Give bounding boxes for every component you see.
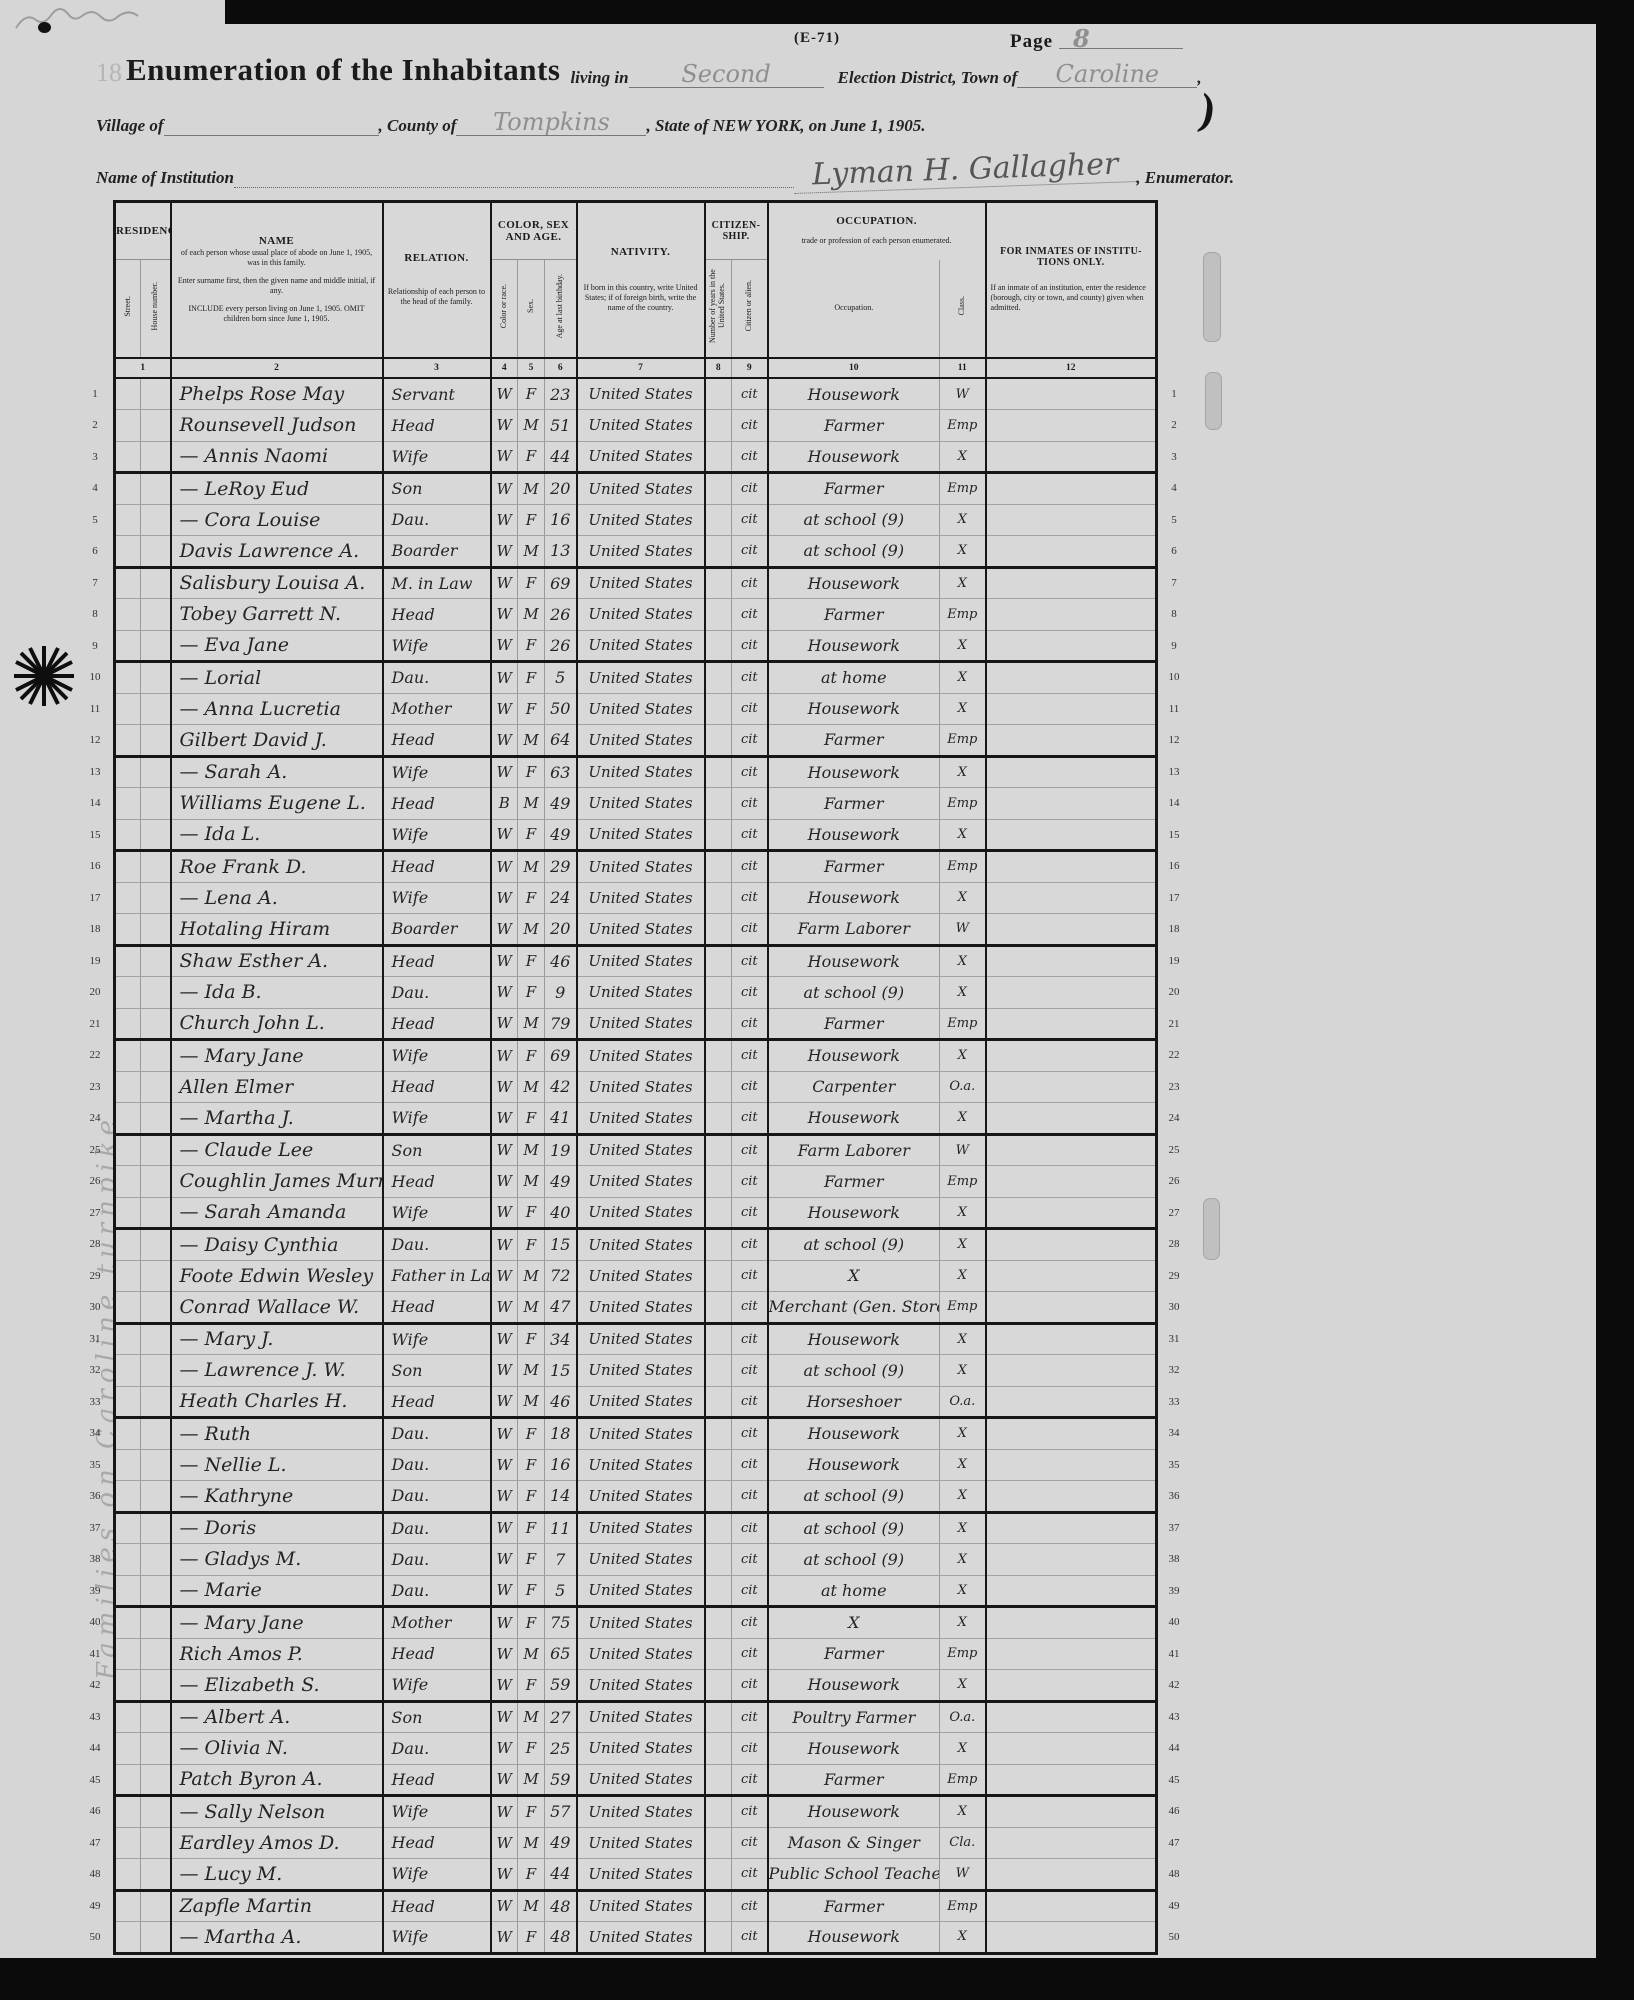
cell-years-us [705, 599, 732, 631]
cell-occupation: Housework [768, 441, 940, 473]
row-number: 40 [1160, 1607, 1188, 1639]
cell-class: Emp [940, 1764, 986, 1796]
page-title: Enumeration of the Inhabitants [126, 52, 560, 88]
cell-name: Rich Amos P. [171, 1638, 383, 1670]
cell-nativity: United States [577, 945, 705, 977]
cell-street [115, 819, 141, 851]
cell-years-us [705, 1701, 732, 1733]
cell-house-number [141, 1449, 171, 1481]
cell-years-us [705, 1355, 732, 1387]
cell-class: Cla. [940, 1827, 986, 1859]
table-row: — Mary Jane Wife W F 69 United States ci… [115, 1040, 1157, 1072]
cell-years-us [705, 882, 732, 914]
cell-citizen: cit [732, 1796, 768, 1828]
cell-house-number [141, 662, 171, 694]
row-number: 18 [1160, 914, 1188, 946]
cell-color: B [491, 788, 518, 820]
row-number: 24 [1160, 1103, 1188, 1135]
cell-nativity: United States [577, 378, 705, 410]
cell-nativity: United States [577, 599, 705, 631]
cell-sex: M [518, 536, 545, 568]
row-number: 28 [1160, 1229, 1188, 1261]
cell-relation: Wife [383, 1796, 491, 1828]
cell-occupation: at home [768, 1575, 940, 1607]
cell-relation: Wife [383, 441, 491, 473]
row-number: 24 [82, 1103, 108, 1135]
table-row: — Sarah Amanda Wife W F 40 United States… [115, 1197, 1157, 1229]
cell-house-number [141, 1197, 171, 1229]
cell-name: Allen Elmer [171, 1071, 383, 1103]
cell-color: W [491, 756, 518, 788]
cell-relation: Head [383, 1638, 491, 1670]
cell-house-number [141, 1796, 171, 1828]
cell-street [115, 1449, 141, 1481]
cell-age: 9 [545, 977, 577, 1009]
cell-nativity: United States [577, 788, 705, 820]
cell-age: 25 [545, 1733, 577, 1765]
cell-citizen: cit [732, 1764, 768, 1796]
cell-inmates [986, 1418, 1157, 1450]
cell-nativity: United States [577, 1764, 705, 1796]
cell-class: Emp [940, 473, 986, 505]
cell-nativity: United States [577, 1512, 705, 1544]
cell-inmates [986, 441, 1157, 473]
row-number: 6 [1160, 536, 1188, 568]
cell-house-number [141, 819, 171, 851]
starburst-icon [12, 644, 76, 708]
cell-sex: M [518, 1386, 545, 1418]
table-row: Foote Edwin Wesley Father in Law W M 72 … [115, 1260, 1157, 1292]
table-row: — Ruth Dau. W F 18 United States cit Hou… [115, 1418, 1157, 1450]
row-number: 13 [82, 756, 108, 788]
table-row: Shaw Esther A. Head W F 46 United States… [115, 945, 1157, 977]
cell-inmates [986, 882, 1157, 914]
cell-years-us [705, 851, 732, 883]
cell-house-number [141, 1607, 171, 1639]
cell-street [115, 599, 141, 631]
cell-citizen: cit [732, 536, 768, 568]
cell-nativity: United States [577, 1859, 705, 1891]
row-number: 46 [1160, 1796, 1188, 1828]
cell-name: Eardley Amos D. [171, 1827, 383, 1859]
cell-street [115, 1764, 141, 1796]
cell-years-us [705, 756, 732, 788]
cell-nativity: United States [577, 536, 705, 568]
header-residence: RESIDENCE. [115, 202, 171, 260]
cell-house-number [141, 441, 171, 473]
cell-sex: F [518, 819, 545, 851]
cell-inmates [986, 1008, 1157, 1040]
cell-sex: M [518, 1638, 545, 1670]
cell-relation: Head [383, 1827, 491, 1859]
cell-color: W [491, 630, 518, 662]
cell-relation: Head [383, 1764, 491, 1796]
cell-years-us [705, 1764, 732, 1796]
cell-relation: Wife [383, 1197, 491, 1229]
cell-color: W [491, 567, 518, 599]
row-number: 31 [1160, 1323, 1188, 1355]
row-number: 25 [82, 1134, 108, 1166]
cell-name: Patch Byron A. [171, 1764, 383, 1796]
cell-occupation: Carpenter [768, 1071, 940, 1103]
row-number: 48 [82, 1859, 108, 1891]
cell-class: X [940, 1103, 986, 1135]
cell-house-number [141, 536, 171, 568]
cell-class: W [940, 914, 986, 946]
cell-years-us [705, 1922, 732, 1954]
cell-occupation: Farmer [768, 599, 940, 631]
table-row: — Ida B. Dau. W F 9 United States cit at… [115, 977, 1157, 1009]
row-number: 13 [1160, 756, 1188, 788]
cell-street [115, 1733, 141, 1765]
cell-age: 11 [545, 1512, 577, 1544]
cell-years-us [705, 1260, 732, 1292]
cell-sex: F [518, 977, 545, 1009]
cell-name: — Marie [171, 1575, 383, 1607]
row-number: 5 [1160, 504, 1188, 536]
cell-name: — Doris [171, 1512, 383, 1544]
cell-citizen: cit [732, 882, 768, 914]
cell-occupation: Housework [768, 1449, 940, 1481]
cell-relation: Wife [383, 630, 491, 662]
cell-sex: M [518, 788, 545, 820]
cell-street [115, 725, 141, 757]
cell-inmates [986, 725, 1157, 757]
cell-occupation: at school (9) [768, 1512, 940, 1544]
cell-class: X [940, 882, 986, 914]
cell-name: Coughlin James Murray [171, 1166, 383, 1198]
cell-inmates [986, 378, 1157, 410]
cell-nativity: United States [577, 693, 705, 725]
cell-occupation: X [768, 1607, 940, 1639]
institution-value [234, 187, 794, 188]
cell-inmates [986, 977, 1157, 1009]
cell-color: W [491, 1103, 518, 1135]
cell-class: X [940, 1733, 986, 1765]
cell-class: Emp [940, 1638, 986, 1670]
table-row: Salisbury Louisa A. M. in Law W F 69 Uni… [115, 567, 1157, 599]
institution-label: Name of Institution [96, 168, 234, 188]
cell-nativity: United States [577, 410, 705, 442]
cell-street [115, 441, 141, 473]
cell-house-number [141, 1323, 171, 1355]
cell-occupation: Housework [768, 1796, 940, 1828]
row-number: 47 [1160, 1827, 1188, 1859]
cell-color: W [491, 1197, 518, 1229]
row-number: 9 [1160, 630, 1188, 662]
cell-occupation: at school (9) [768, 536, 940, 568]
row-number: 4 [1160, 473, 1188, 505]
cell-name: Hotaling Hiram [171, 914, 383, 946]
cell-years-us [705, 788, 732, 820]
cell-class: W [940, 1859, 986, 1891]
cell-years-us [705, 1733, 732, 1765]
cell-color: W [491, 1355, 518, 1387]
census-page: ) (E-71) Page8 18 Enumeration of the Inh… [0, 0, 1634, 2000]
cell-color: W [491, 1449, 518, 1481]
header-class: Class. [940, 260, 986, 359]
cell-years-us [705, 1859, 732, 1891]
cell-citizen: cit [732, 1670, 768, 1702]
cell-nativity: United States [577, 1166, 705, 1198]
cell-street [115, 1827, 141, 1859]
cell-class: X [940, 1040, 986, 1072]
cell-occupation: Farmer [768, 410, 940, 442]
cell-citizen: cit [732, 1134, 768, 1166]
cell-sex: F [518, 1040, 545, 1072]
cell-age: 46 [545, 945, 577, 977]
census-table: RESIDENCE. NAME of each person whose usu… [113, 200, 1158, 1955]
cell-name: Church John L. [171, 1008, 383, 1040]
cell-years-us [705, 1796, 732, 1828]
cell-age: 49 [545, 1166, 577, 1198]
cell-name: Foote Edwin Wesley [171, 1260, 383, 1292]
cell-citizen: cit [732, 1512, 768, 1544]
cell-house-number [141, 1040, 171, 1072]
cell-occupation: Mason & Singer [768, 1827, 940, 1859]
cell-color: W [491, 599, 518, 631]
cell-citizen: cit [732, 1229, 768, 1261]
cell-occupation: at school (9) [768, 977, 940, 1009]
cell-color: W [491, 1890, 518, 1922]
cell-name: — Olivia N. [171, 1733, 383, 1765]
cell-inmates [986, 630, 1157, 662]
cell-inmates [986, 1733, 1157, 1765]
cell-sex: M [518, 1008, 545, 1040]
cell-color: W [491, 1670, 518, 1702]
cell-relation: Dau. [383, 1544, 491, 1576]
cell-sex: F [518, 1418, 545, 1450]
cell-occupation: Housework [768, 1670, 940, 1702]
cell-citizen: cit [732, 1166, 768, 1198]
cell-class: X [940, 1670, 986, 1702]
row-number: 37 [1160, 1512, 1188, 1544]
cell-class: X [940, 1544, 986, 1576]
cell-house-number [141, 1701, 171, 1733]
row-number: 23 [1160, 1071, 1188, 1103]
table-row: — Doris Dau. W F 11 United States cit at… [115, 1512, 1157, 1544]
cell-sex: F [518, 1197, 545, 1229]
row-number: 27 [1160, 1197, 1188, 1229]
cell-house-number [141, 1134, 171, 1166]
cell-name: Williams Eugene L. [171, 788, 383, 820]
cell-inmates [986, 536, 1157, 568]
cell-inmates [986, 473, 1157, 505]
cell-sex: F [518, 630, 545, 662]
table-row: — Lawrence J. W. Son W M 15 United State… [115, 1355, 1157, 1387]
cell-relation: Wife [383, 1040, 491, 1072]
cell-street [115, 1796, 141, 1828]
cell-nativity: United States [577, 1890, 705, 1922]
cell-citizen: cit [732, 1418, 768, 1450]
cell-name: Heath Charles H. [171, 1386, 383, 1418]
cell-street [115, 756, 141, 788]
cell-sex: F [518, 1859, 545, 1891]
cell-class: X [940, 1796, 986, 1828]
table-row: Tobey Garrett N. Head W M 26 United Stat… [115, 599, 1157, 631]
cell-inmates [986, 1575, 1157, 1607]
cell-inmates [986, 1827, 1157, 1859]
cell-age: 26 [545, 599, 577, 631]
cell-street [115, 1670, 141, 1702]
cell-relation: Head [383, 599, 491, 631]
cell-occupation: Farmer [768, 1166, 940, 1198]
cell-name: Tobey Garrett N. [171, 599, 383, 631]
page-number-line: Page8 [1010, 30, 1183, 53]
cell-age: 20 [545, 473, 577, 505]
cell-citizen: cit [732, 945, 768, 977]
cell-street [115, 1890, 141, 1922]
cell-nativity: United States [577, 1638, 705, 1670]
cell-name: — Mary Jane [171, 1040, 383, 1072]
cell-street [115, 882, 141, 914]
cell-age: 26 [545, 630, 577, 662]
cell-citizen: cit [732, 1449, 768, 1481]
cell-years-us [705, 662, 732, 694]
row-number: 45 [1160, 1764, 1188, 1796]
cell-relation: Son [383, 1134, 491, 1166]
cell-years-us [705, 473, 732, 505]
cell-occupation: Farmer [768, 725, 940, 757]
header-occupation-sub: Occupation. [768, 260, 940, 359]
cell-sex: F [518, 1796, 545, 1828]
cell-age: 5 [545, 662, 577, 694]
cell-street [115, 536, 141, 568]
table-row: — Cora Louise Dau. W F 16 United States … [115, 504, 1157, 536]
cell-relation: Servant [383, 378, 491, 410]
row-number: 27 [82, 1197, 108, 1229]
cell-inmates [986, 1260, 1157, 1292]
table-row: — Mary J. Wife W F 34 United States cit … [115, 1323, 1157, 1355]
cell-house-number [141, 1166, 171, 1198]
cell-nativity: United States [577, 1481, 705, 1513]
cell-nativity: United States [577, 1418, 705, 1450]
cell-age: 15 [545, 1355, 577, 1387]
cell-house-number [141, 599, 171, 631]
cell-relation: Dau. [383, 1512, 491, 1544]
cell-name: — Gladys M. [171, 1544, 383, 1576]
row-number: 15 [1160, 819, 1188, 851]
table-row: Phelps Rose May Servant W F 23 United St… [115, 378, 1157, 410]
cell-age: 46 [545, 1386, 577, 1418]
row-number: 14 [82, 788, 108, 820]
row-number: 2 [82, 410, 108, 442]
cell-street [115, 1323, 141, 1355]
cell-sex: M [518, 1890, 545, 1922]
cell-color: W [491, 1733, 518, 1765]
cell-occupation: Farmer [768, 1890, 940, 1922]
cell-relation: Head [383, 410, 491, 442]
row-number: 36 [82, 1481, 108, 1513]
cell-citizen: cit [732, 851, 768, 883]
cell-house-number [141, 1355, 171, 1387]
row-number: 18 [82, 914, 108, 946]
cell-color: W [491, 1229, 518, 1261]
cell-citizen: cit [732, 1827, 768, 1859]
table-row: — LeRoy Eud Son W M 20 United States cit… [115, 473, 1157, 505]
row-number: 29 [82, 1260, 108, 1292]
cell-nativity: United States [577, 1260, 705, 1292]
cell-color: W [491, 1764, 518, 1796]
cell-name: — Lucy M. [171, 1859, 383, 1891]
cell-house-number [141, 1890, 171, 1922]
cell-relation: Head [383, 1292, 491, 1324]
cell-years-us [705, 1890, 732, 1922]
cell-years-us [705, 630, 732, 662]
cell-name: Gilbert David J. [171, 725, 383, 757]
row-number: 20 [1160, 977, 1188, 1009]
cell-class: X [940, 1575, 986, 1607]
cell-citizen: cit [732, 1040, 768, 1072]
cell-nativity: United States [577, 819, 705, 851]
header-color: Color or race. [491, 260, 518, 359]
cell-inmates [986, 1607, 1157, 1639]
cell-relation: Wife [383, 1859, 491, 1891]
table-row: — Anna Lucretia Mother W F 50 United Sta… [115, 693, 1157, 725]
cell-inmates [986, 662, 1157, 694]
cell-relation: Head [383, 1008, 491, 1040]
cell-years-us [705, 914, 732, 946]
cell-color: W [491, 662, 518, 694]
cell-color: W [491, 1071, 518, 1103]
row-number: 10 [82, 662, 108, 694]
table-row: Rich Amos P. Head W M 65 United States c… [115, 1638, 1157, 1670]
row-number: 48 [1160, 1859, 1188, 1891]
cell-house-number [141, 851, 171, 883]
header-relation: RELATION. Relationship of each person to… [383, 202, 491, 359]
header-name: NAME of each person whose usual place of… [171, 202, 383, 359]
row-number: 16 [82, 851, 108, 883]
row-number: 46 [82, 1796, 108, 1828]
cell-street [115, 788, 141, 820]
table-row: — Lena A. Wife W F 24 United States cit … [115, 882, 1157, 914]
cell-years-us [705, 1292, 732, 1324]
cell-relation: Dau. [383, 1449, 491, 1481]
header-age: Age at last birthday. [545, 260, 577, 359]
table-row: — Sally Nelson Wife W F 57 United States… [115, 1796, 1157, 1828]
cell-citizen: cit [732, 788, 768, 820]
cell-relation: Wife [383, 1323, 491, 1355]
cell-sex: M [518, 1292, 545, 1324]
cell-citizen: cit [732, 1071, 768, 1103]
cell-color: W [491, 1575, 518, 1607]
cell-years-us [705, 378, 732, 410]
cell-class: X [940, 567, 986, 599]
cell-color: W [491, 473, 518, 505]
cell-years-us [705, 536, 732, 568]
cell-name: — Anna Lucretia [171, 693, 383, 725]
cell-class: X [940, 1449, 986, 1481]
table-row: — Annis Naomi Wife W F 44 United States … [115, 441, 1157, 473]
row-number: 44 [82, 1733, 108, 1765]
cell-age: 50 [545, 693, 577, 725]
cell-house-number [141, 725, 171, 757]
cell-citizen: cit [732, 1922, 768, 1954]
row-number: 35 [1160, 1449, 1188, 1481]
cell-sex: F [518, 567, 545, 599]
cell-citizen: cit [732, 410, 768, 442]
cell-relation: Boarder [383, 536, 491, 568]
cell-occupation: Farmer [768, 851, 940, 883]
cell-street [115, 504, 141, 536]
cell-sex: F [518, 1481, 545, 1513]
cell-class: X [940, 1355, 986, 1387]
cell-nativity: United States [577, 1449, 705, 1481]
cell-sex: F [518, 1229, 545, 1261]
cell-name: — Lorial [171, 662, 383, 694]
cell-class: Emp [940, 725, 986, 757]
cell-sex: M [518, 1134, 545, 1166]
